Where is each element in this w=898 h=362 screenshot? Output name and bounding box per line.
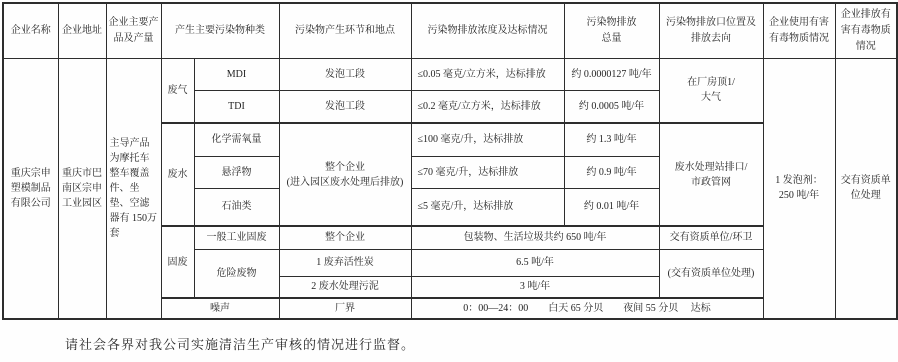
cell-outlet-waste-water: 废水处理站排口/ 市政管网	[659, 123, 763, 226]
cell-concentration-tdi: ≤0.2 毫克/立方米，达标排放	[411, 90, 564, 123]
header-stage-location: 污染物产生环节和地点	[279, 3, 411, 58]
cell-pollutant-cod: 化学需氧量	[194, 123, 279, 156]
cell-stage-general-solid: 整个企业	[279, 226, 411, 249]
cell-amount-hazardous-sludge: 3 吨/年	[411, 276, 659, 298]
row-waste-gas-mdi: 重庆宗申 塑模制品 有限公司 重庆市巴 南区宗申 工业园区 主导产品为摩托车整车…	[3, 58, 897, 90]
cell-concentration-mdi: ≤0.05 毫克/立方米，达标排放	[411, 58, 564, 90]
cell-toxic-use: 1 发泡剂： 250 吨/年	[763, 58, 835, 319]
cell-stage-hazardous-carbon: 1 废弃活性炭	[279, 249, 411, 276]
cell-pollutant-oil: 石油类	[194, 188, 279, 226]
header-address: 企业地址	[58, 3, 106, 58]
cell-amount-hazardous-carbon: 6.5 吨/年	[411, 249, 659, 276]
cell-outlet-hazardous: (交有资质单位处理)	[659, 249, 763, 298]
cell-category-waste-water: 废水	[161, 123, 194, 226]
header-total: 污染物排放 总量	[564, 3, 659, 58]
cell-toxic-discharge: 交有资质单位处理	[835, 58, 897, 319]
cell-pollutant-tdi: TDI	[194, 90, 279, 123]
disclosure-table-wrapper: 企业名称 企业地址 企业主要产品及产量 产生主要污染物种类 污染物产生环节和地点…	[2, 2, 898, 320]
cell-category-solid-waste: 固废	[161, 226, 194, 298]
cell-total-mdi: 约 0.0000127 吨/年	[564, 58, 659, 90]
cell-total-cod: 约 1.3 吨/年	[564, 123, 659, 156]
header-concentration: 污染物排放浓度及达标情况	[411, 3, 564, 58]
cell-stage-mdi: 发泡工段	[279, 58, 411, 90]
header-products: 企业主要产品及产量	[106, 3, 161, 58]
table-header-row: 企业名称 企业地址 企业主要产品及产量 产生主要污染物种类 污染物产生环节和地点…	[3, 3, 897, 58]
supervision-note: 请社会各界对我公司实施清洁生产审核的情况进行监督。	[65, 334, 415, 353]
cell-total-oil: 约 0.01 吨/年	[564, 188, 659, 226]
cell-concentration-oil: ≤5 毫克/升，达标排放	[411, 188, 564, 226]
header-pollutant-types: 产生主要污染物种类	[161, 3, 279, 58]
header-toxic-discharge: 企业排放有害有毒物质情况	[835, 3, 897, 58]
cell-company-products: 主导产品为摩托车整车覆盖件、坐垫、空滤器有 150万套	[106, 58, 161, 319]
cell-pollutant-mdi: MDI	[194, 58, 279, 90]
cell-category-noise: 噪声	[161, 298, 279, 319]
cell-outlet-general-solid: 交有资质单位/环卫	[659, 226, 763, 249]
cell-category-waste-gas: 废气	[161, 58, 194, 123]
cell-amount-general-solid: 包装物、生活垃圾共约 650 吨/年	[411, 226, 659, 249]
cell-concentration-ss: ≤70 毫克/升，达标排放	[411, 156, 564, 188]
cell-company-address: 重庆市巴 南区宗申 工业园区	[58, 58, 106, 319]
header-company-name: 企业名称	[3, 3, 58, 58]
header-toxic-use: 企业使用有害有毒物质情况	[763, 3, 835, 58]
cell-stage-noise: 厂界	[279, 298, 411, 319]
cell-outlet-waste-gas: 在厂房顶1/ 大气	[659, 58, 763, 123]
cell-pollutant-general-solid: 一般工业固废	[194, 226, 279, 249]
pollution-disclosure-table: 企业名称 企业地址 企业主要产品及产量 产生主要污染物种类 污染物产生环节和地点…	[2, 2, 898, 320]
cell-total-tdi: 约 0.0005 吨/年	[564, 90, 659, 123]
cell-concentration-cod: ≤100 毫克/升，达标排放	[411, 123, 564, 156]
cell-pollutant-hazardous: 危险废物	[194, 249, 279, 298]
header-outlet: 污染物排放口位置及 排放去向	[659, 3, 763, 58]
cell-pollutant-ss: 悬浮物	[194, 156, 279, 188]
cell-stage-hazardous-sludge: 2 废水处理污泥	[279, 276, 411, 298]
cell-stage-tdi: 发泡工段	[279, 90, 411, 123]
cell-company-name: 重庆宗申 塑模制品 有限公司	[3, 58, 58, 319]
cell-stage-waste-water: 整个企业 (进入园区废水处理后排放)	[279, 123, 411, 226]
cell-noise-measurement: 0：00—24：00 白天 65 分贝 夜间 55 分贝 达标	[411, 298, 763, 319]
cell-total-ss: 约 0.9 吨/年	[564, 156, 659, 188]
